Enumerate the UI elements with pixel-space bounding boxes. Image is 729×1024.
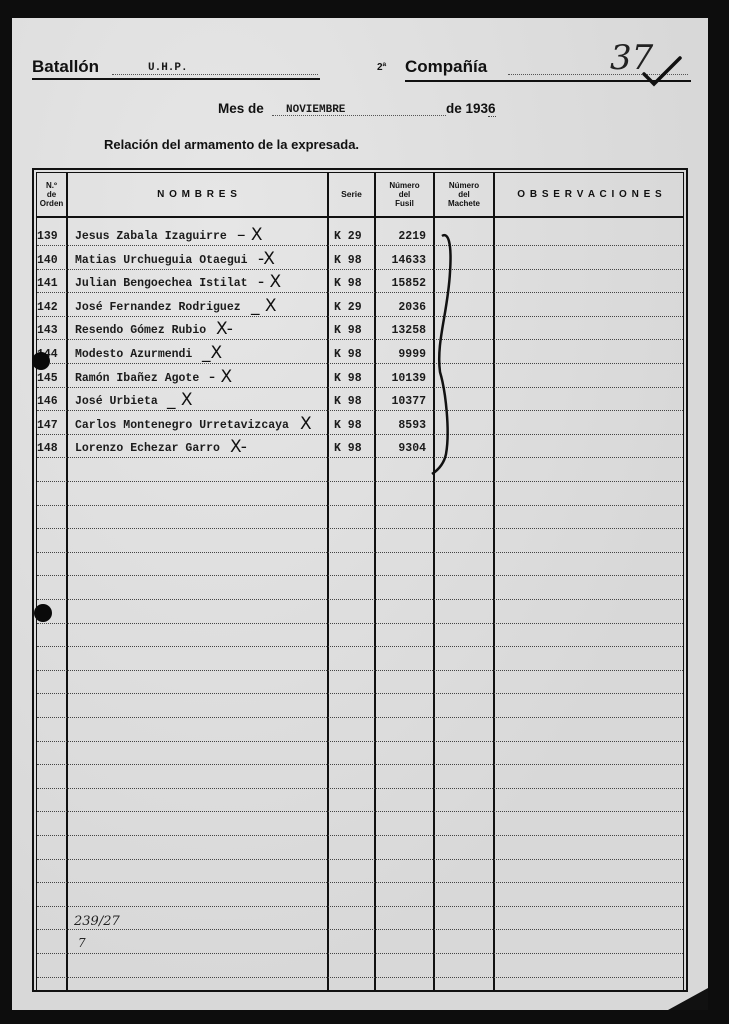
row-check-mark: X- (216, 321, 233, 338)
row-check-mark: _ X (167, 392, 193, 409)
col-header-machete: NúmerodelMachete (435, 173, 493, 216)
row-nombre: Ramón Ibañez Agote (75, 372, 199, 385)
col-header-fusil: NúmerodelFusil (376, 173, 433, 216)
row-serie: K 98 (334, 395, 362, 408)
machete-line-2: del (448, 190, 480, 199)
row-rule (37, 410, 683, 411)
row-check-mark: -X (258, 251, 275, 268)
curly-brace-mark (430, 232, 454, 476)
batallon-label: Batallón (32, 57, 99, 77)
row-nombre: Matias Urchueguia Otaegui (75, 254, 248, 267)
row-check-mark: – X (237, 227, 263, 244)
row-rule (37, 575, 683, 576)
row-serie: K 98 (334, 254, 362, 267)
col-header-orden: N.ºdeOrden (37, 173, 66, 216)
row-fusil: 2219 (376, 230, 426, 243)
row-fusil: 15852 (376, 277, 426, 290)
row-check-mark: _X (202, 345, 222, 362)
row-nombre: Jesus Zabala Izaguirre (75, 230, 227, 243)
row-serie: K 98 (334, 372, 362, 385)
handwritten-reference: 239/27 (74, 914, 120, 929)
row-rule (37, 505, 683, 506)
row-rule (37, 481, 683, 482)
row-serie: K 29 (334, 301, 362, 314)
row-fusil: 9999 (376, 348, 426, 361)
row-orden: 143 (37, 324, 58, 337)
col-divider-orden (66, 173, 68, 990)
row-rule (37, 811, 683, 812)
row-fusil: 8593 (376, 419, 426, 432)
row-check-mark: - X (209, 369, 232, 386)
row-rule (37, 599, 683, 600)
row-nombre: José Fernandez Rodriguez (75, 301, 241, 314)
row-nombre: Resendo Gómez Rubio (75, 324, 206, 337)
row-rule (37, 528, 683, 529)
row-rule (37, 788, 683, 789)
row-orden: 148 (37, 442, 58, 455)
mes-value: NOVIEMBRE (286, 104, 345, 116)
year-prefix: de 193 (446, 101, 488, 116)
mes-label: Mes de (218, 101, 264, 116)
row-rule (37, 434, 683, 435)
col-divider-serie (374, 173, 376, 990)
orden-line-2: de (40, 190, 64, 199)
row-rule (37, 363, 683, 364)
compania-prefix: 2ª (377, 62, 386, 73)
row-check-mark: _ X (251, 298, 277, 315)
col-header-observaciones: O B S E R V A C I O N E S (495, 173, 685, 216)
row-check-mark: X- (230, 439, 247, 456)
row-rule (37, 741, 683, 742)
row-rule (37, 717, 683, 718)
row-orden: 142 (37, 301, 58, 314)
row-rule (37, 339, 683, 340)
armament-table: N.ºdeOrden N O M B R E S Serie Númerodel… (32, 168, 688, 992)
row-fusil: 10377 (376, 395, 426, 408)
row-serie: K 98 (334, 348, 362, 361)
row-rule (37, 623, 683, 624)
fusil-line-2: del (389, 190, 419, 199)
machete-line-3: Machete (448, 199, 480, 208)
year-label: de 1936 (446, 101, 496, 116)
row-orden: 145 (37, 372, 58, 385)
batallon-value: U.H.P. (148, 62, 188, 74)
row-rule (37, 552, 683, 553)
punch-hole-lower (34, 604, 52, 622)
row-fusil: 2036 (376, 301, 426, 314)
row-rule (37, 764, 683, 765)
row-rule (37, 906, 683, 907)
row-fusil: 13258 (376, 324, 426, 337)
orden-line-3: Orden (40, 199, 64, 208)
row-serie: K 29 (334, 230, 362, 243)
col-header-nombres: N O M B R E S (68, 173, 327, 216)
fusil-line-1: Número (389, 181, 419, 190)
handwritten-sub-number: 7 (78, 936, 86, 950)
row-rule (37, 316, 683, 317)
row-rule (37, 292, 683, 293)
row-nombre: Modesto Azurmendi (75, 348, 192, 361)
row-rule (37, 693, 683, 694)
row-nombre: Julian Bengoechea Istilat (75, 277, 248, 290)
machete-line-1: Número (448, 181, 480, 190)
punch-hole-upper (32, 352, 50, 370)
row-rule (37, 646, 683, 647)
fusil-line-3: Fusil (389, 199, 419, 208)
header-separator (37, 216, 683, 218)
row-serie: K 98 (334, 324, 362, 337)
row-fusil: 10139 (376, 372, 426, 385)
orden-line-1: N.º (40, 181, 64, 190)
row-check-mark: - X (258, 274, 281, 291)
row-rule (37, 882, 683, 883)
checkmark-icon (640, 52, 685, 88)
row-rule (37, 977, 683, 978)
row-serie: K 98 (334, 419, 362, 432)
row-rule (37, 835, 683, 836)
col-divider-machete (493, 173, 495, 990)
row-rule (37, 387, 683, 388)
row-nombre: Carlos Montenegro Urretavizcaya (75, 419, 289, 432)
table-inner-border: N.ºdeOrden N O M B R E S Serie Númerodel… (36, 172, 684, 990)
row-fusil: 14633 (376, 254, 426, 267)
row-rule (37, 929, 683, 930)
row-orden: 147 (37, 419, 58, 432)
row-fusil: 9304 (376, 442, 426, 455)
row-orden: 140 (37, 254, 58, 267)
row-rule (37, 269, 683, 270)
row-serie: K 98 (334, 277, 362, 290)
col-header-serie: Serie (329, 173, 374, 216)
batallon-fill-line (112, 60, 318, 75)
row-rule (37, 670, 683, 671)
row-nombre: Lorenzo Echezar Garro (75, 442, 220, 455)
compania-label: Compañía (405, 57, 487, 77)
row-check-mark: X (300, 416, 312, 433)
row-rule (37, 457, 683, 458)
document-subtitle: Relación del armamento de la expresada. (104, 137, 359, 152)
row-orden: 139 (37, 230, 58, 243)
row-rule (37, 245, 683, 246)
batallon-underline (32, 78, 320, 80)
row-orden: 141 (37, 277, 58, 290)
row-rule (37, 859, 683, 860)
row-orden: 146 (37, 395, 58, 408)
col-divider-nombres (327, 173, 329, 990)
row-nombre: José Urbieta (75, 395, 158, 408)
row-serie: K 98 (334, 442, 362, 455)
year-digit: 6 (488, 101, 496, 117)
row-rule (37, 953, 683, 954)
